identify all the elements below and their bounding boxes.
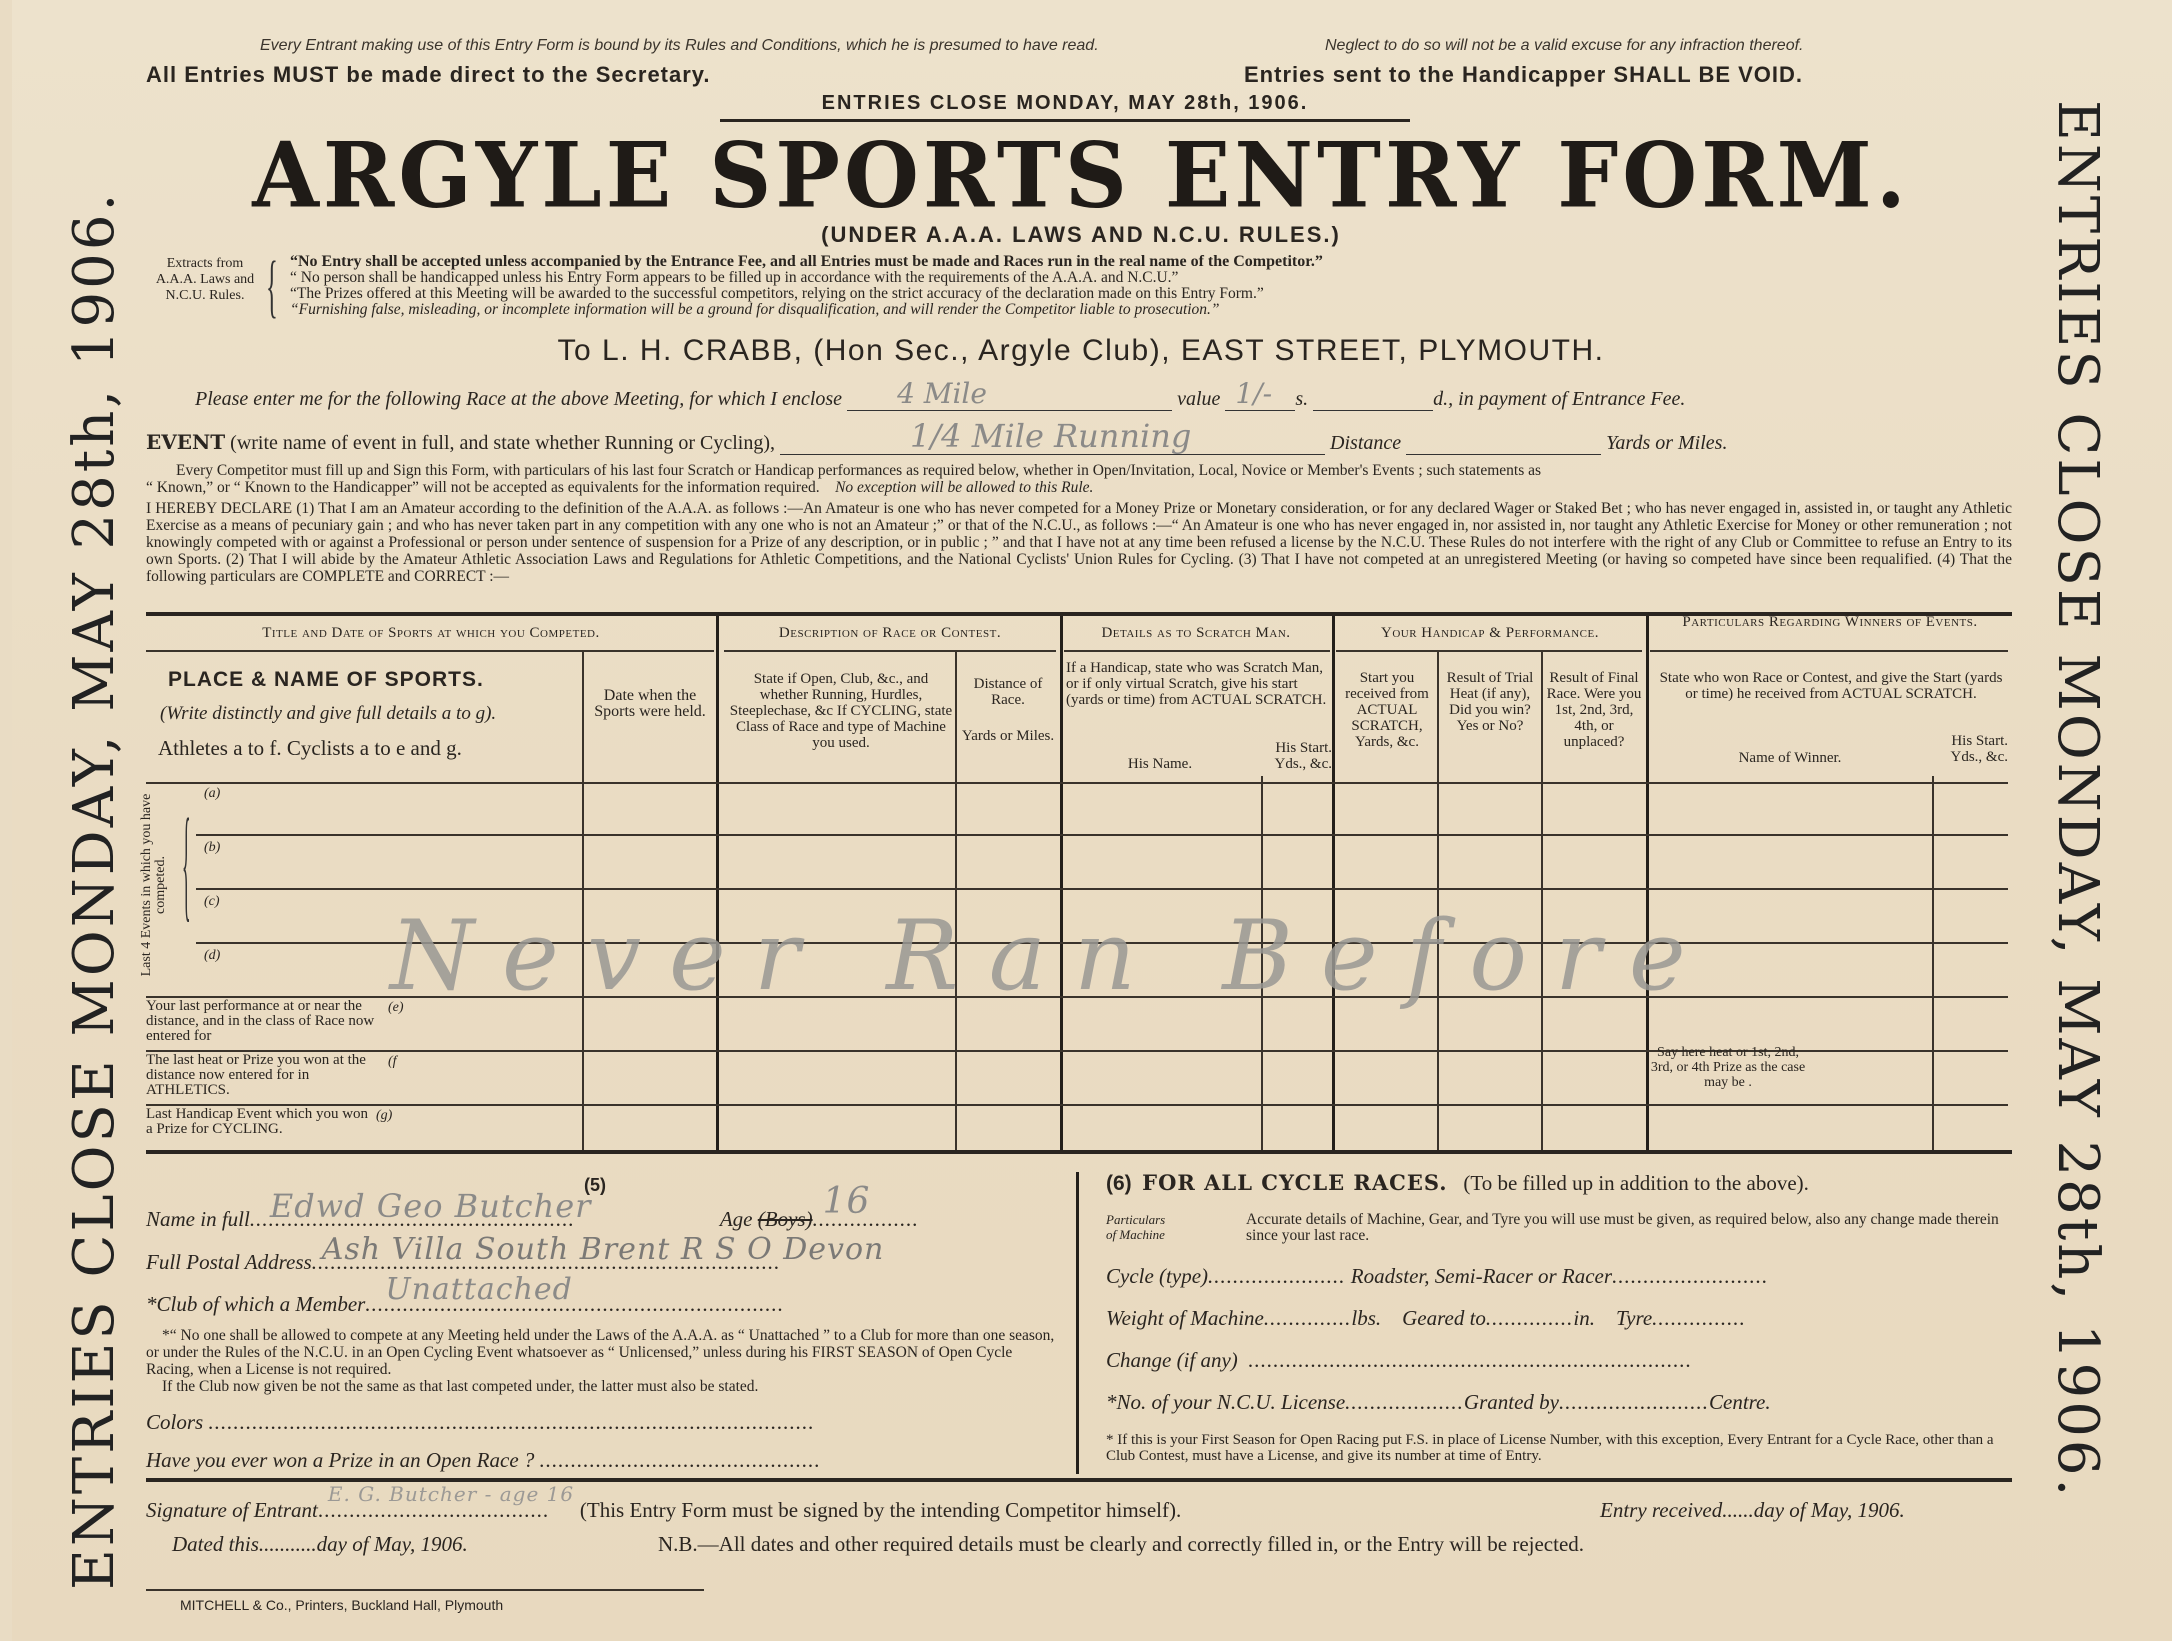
rule-text-2-row: “ Known,” or “ Known to the Handicapper”… [146, 479, 1093, 496]
shillings-label: s. [1295, 388, 1308, 410]
divider [146, 650, 714, 652]
prize-row: Have you ever won a Prize in an Open Rac… [146, 1448, 821, 1473]
row-divider [196, 834, 2008, 836]
col-divider [1332, 616, 1335, 1150]
weight-label: Weight of Machine [1106, 1306, 1264, 1330]
yards-label: Yards or Miles. [1606, 432, 1727, 454]
row-divider [146, 1104, 2008, 1106]
age-struck: (Boys) [758, 1207, 813, 1231]
row-letter-d: (d) [204, 948, 220, 964]
colors-field[interactable]: ........................................… [208, 1410, 814, 1434]
row-divider [146, 782, 2008, 784]
dated-this: Dated this...........day of May, 1906. [172, 1532, 468, 1557]
table-bottom-rule [146, 1150, 2012, 1154]
club-footnote: *“ No one shall be allowed to compete at… [146, 1327, 1056, 1378]
extract-line: “The Prizes offered at this Meeting will… [290, 286, 1323, 302]
page-subtitle: (UNDER A.A.A. LAWS AND N.C.U. RULES.) [146, 222, 2016, 248]
granted-label: Granted by [1464, 1390, 1559, 1414]
value-label: value [1177, 388, 1220, 410]
bold-notice-left: All Entries MUST be made direct to the S… [146, 62, 711, 88]
distance-field[interactable] [1406, 435, 1601, 455]
granted-field[interactable]: ........................ [1559, 1390, 1709, 1414]
age-label: Age [720, 1207, 753, 1231]
club-label: *Club of which a Member [146, 1292, 365, 1316]
nb-note: N.B.—All dates and other required detail… [658, 1532, 1584, 1557]
col-distance: Distance of Race. [960, 676, 1056, 708]
row-label-f: The last heat or Prize you won at the di… [146, 1053, 376, 1098]
event-label: (write name of event in full, and state … [230, 432, 775, 454]
section-6-note: (To be filled up in addition to the abov… [1463, 1171, 1809, 1195]
col-date: Date when the Sports were held. [588, 688, 712, 720]
side-banner-right: ENTRIES CLOSE MONDAY, MAY 28th, 1906. [2020, 100, 2110, 1580]
change-label: Change (if any) [1106, 1348, 1238, 1372]
col-state: State if Open, Club, &c., and whether Ru… [728, 671, 954, 751]
change-row: Change (if any) ........................… [1106, 1348, 1692, 1373]
lbs-label: lbs. [1351, 1306, 1381, 1330]
close-date-banner: ENTRIES CLOSE MONDAY, MAY 28th, 1906. [720, 92, 1410, 122]
divider [1336, 650, 1642, 652]
col-winner-desc: State who won Race or Contest, and give … [1654, 670, 2008, 702]
divider [1064, 650, 1330, 652]
license-footnote: * If this is your First Season for Open … [1106, 1432, 2012, 1464]
extract-line: “No Entry shall be accepted unless accom… [290, 254, 1323, 270]
cycle-label: Cycle (type) [1106, 1264, 1208, 1288]
distance-label: Distance [1330, 432, 1401, 454]
group-winners: Particulars Regarding Winners of Events. [1650, 614, 2010, 630]
place-subheader: (Write distinctly and give full details … [160, 703, 496, 725]
page-title: ARGYLE SPORTS ENTRY FORM. [146, 122, 2016, 228]
age-field[interactable]: .................16 [813, 1207, 953, 1232]
row-letter-a: (a) [204, 786, 220, 802]
declaration-text: I HEREBY DECLARE (1) That I am an Amateu… [146, 500, 2012, 585]
group-scratch: Details as to Scratch Man. [1062, 625, 1330, 642]
extracts-list: “No Entry shall be accepted unless accom… [290, 254, 1323, 318]
event-row: EVENT (write name of event in full, and … [146, 430, 1727, 455]
row-divider [196, 888, 2008, 890]
license-field[interactable]: ................... [1345, 1390, 1464, 1414]
club-row: *Club of which a Member.................… [146, 1292, 965, 1317]
change-field[interactable]: ........................................… [1248, 1348, 1692, 1372]
col-divider [1060, 616, 1063, 1150]
signature-label: Signature of Entrant [146, 1498, 318, 1522]
notice-left: Every Entrant making use of this Entry F… [260, 37, 1099, 55]
row-letter-g: (g) [376, 1108, 392, 1124]
col-divider [716, 616, 719, 1150]
group-title-date: Title and Date of Sports at which you Co… [146, 625, 716, 642]
brace-icon: { [266, 252, 278, 322]
prize-note: Say here heat or 1st, 2nd, 3rd, or 4th P… [1648, 1045, 1808, 1090]
cycle-field[interactable]: ...................... [1208, 1264, 1346, 1288]
section-6-heading-row: (6) FOR ALL CYCLE RACES. (To be filled u… [1106, 1170, 1809, 1196]
printer-credit: MITCHELL & Co., Printers, Buckland Hall,… [180, 1597, 503, 1613]
section-6-heading: FOR ALL CYCLE RACES. [1142, 1170, 1447, 1195]
col-start-received: Start you received from ACTUAL SCRATCH, … [1338, 670, 1436, 750]
weight-field[interactable]: .............. [1264, 1306, 1352, 1330]
rule-text-3: No exception will be allowed to this Rul… [835, 479, 1093, 496]
prize-label: Have you ever won a Prize in an Open Rac… [146, 1448, 534, 1472]
signature-note: (This Entry Form must be signed by the i… [580, 1498, 1181, 1522]
extract-line: “Furnishing false, misleading, or incomp… [290, 302, 1323, 318]
entry-received: Entry received......day of May, 1906. [1600, 1498, 1905, 1523]
row-letter-c: (c) [204, 894, 220, 910]
divider [1650, 650, 2008, 652]
row-letter-f: (f [388, 1054, 397, 1070]
pence-label: d., in payment of Entrance Fee. [1433, 388, 1685, 410]
name-row: Name in full............................… [146, 1207, 953, 1232]
geared-field[interactable]: .............. [1486, 1306, 1574, 1330]
cycle-options: Roadster, Semi-Racer or Racer [1351, 1264, 1612, 1288]
event-field[interactable]: 1/4 Mile Running [780, 435, 1325, 455]
club-handwriting: Unattached [385, 1272, 573, 1307]
club-footnote-2: If the Club now given be not the same as… [162, 1378, 758, 1395]
col-final-race: Result of Final Race. Were you 1st, 2nd,… [1544, 670, 1644, 750]
weight-row: Weight of Machine..............lbs. Gear… [1106, 1306, 1746, 1331]
extract-line: “ No person shall be handicapped unless … [290, 270, 1323, 286]
geared-label: Geared to [1402, 1306, 1486, 1330]
event-handwriting: 1/4 Mile Running [910, 417, 1191, 455]
printer-rule [146, 1589, 704, 1591]
club-field[interactable]: ........................................… [365, 1292, 965, 1317]
signature-field[interactable]: .....................................E. … [318, 1498, 580, 1523]
enclose-handwriting: 4 Mile [897, 377, 987, 410]
tyre-field[interactable]: ............... [1652, 1306, 1746, 1330]
particulars-label: Particulars of Machine [1106, 1212, 1166, 1242]
row-label-e: Your last performance at or near the dis… [146, 999, 376, 1044]
age-handwriting: 16 [823, 1181, 871, 1222]
license-row: *No. of your N.C.U. License.............… [1106, 1390, 1771, 1415]
event-label-bold: EVENT [146, 430, 225, 454]
section-6-number: (6) [1106, 1172, 1132, 1195]
address-line: To L. H. CRABB, (Hon Sec., Argyle Club),… [146, 334, 2016, 368]
group-description: Description of Race or Contest. [720, 625, 1060, 642]
address-handwriting: Ash Villa South Brent R S O Devon [322, 1232, 885, 1267]
signature-handwriting: E. G. Butcher - age 16 [328, 1482, 574, 1506]
col-scratch-desc: If a Handicap, state who was Scratch Man… [1066, 660, 1330, 708]
brace-icon: { [182, 800, 191, 926]
col-his-start: His Start. Yds., &c. [1258, 740, 1332, 772]
prize-field[interactable]: ........................................… [540, 1448, 821, 1472]
in-label: in. [1573, 1306, 1595, 1330]
value-field[interactable]: 1/- [1225, 391, 1295, 411]
name-handwriting: Edwd Geo Butcher [270, 1187, 592, 1225]
row-label-g: Last Handicap Event which you won a Priz… [146, 1107, 376, 1137]
col-his-name: His Name. [1100, 756, 1220, 772]
col-divider [1932, 776, 1934, 1150]
last-4-events-label: Last 4 Events in which you have competed… [140, 785, 168, 985]
enclose-field[interactable]: 4 Mile [847, 391, 1172, 411]
cycle-row: Cycle (type)...................... Roads… [1106, 1264, 1768, 1289]
group-handicap: Your Handicap & Performance. [1334, 625, 1646, 642]
colors-row: Colors .................................… [146, 1410, 815, 1435]
section-divider [1076, 1172, 1079, 1474]
tyre-label: Tyre [1616, 1306, 1652, 1330]
table-handwriting: Never Ran Before [390, 900, 1714, 1012]
rule-text-1: Every Competitor must fill up and Sign t… [176, 462, 2016, 479]
col-distance-unit: Yards or Miles. [960, 728, 1056, 744]
col-winner-start: His Start. Yds., &c. [1920, 733, 2008, 765]
enclose-label: Please enter me for the following Race a… [195, 388, 842, 410]
divider [724, 650, 1056, 652]
extracts-label: Extracts from A.A.A. Laws and N.C.U. Rul… [146, 256, 264, 304]
value-handwriting: 1/- [1235, 377, 1272, 410]
place-header: PLACE & NAME OF SPORTS. [168, 668, 484, 692]
enclose-row: Please enter me for the following Race a… [195, 388, 1685, 411]
notice-right: Neglect to do so will not be a valid exc… [1325, 37, 1803, 55]
place-subheader-2: Athletes a to f. Cyclists a to e and g. [158, 736, 462, 761]
col-winner-name: Name of Winner. [1700, 750, 1880, 766]
pence-field[interactable] [1313, 391, 1433, 411]
rule-text-2: “ Known,” or “ Known to the Handicapper”… [146, 479, 820, 496]
signature-row: Signature of Entrant....................… [146, 1498, 1181, 1523]
license-label: *No. of your N.C.U. License [1106, 1390, 1345, 1414]
centre-label: Centre. [1709, 1390, 1771, 1414]
name-label: Name in full [146, 1207, 250, 1231]
address-label: Full Postal Address [146, 1250, 312, 1274]
name-field[interactable]: ........................................… [250, 1207, 720, 1232]
bold-notice-right: Entries sent to the Handicapper SHALL BE… [1244, 62, 1803, 88]
col-trial-heat: Result of Trial Heat (if any), Did you w… [1440, 670, 1540, 734]
colors-label: Colors [146, 1410, 203, 1434]
row-letter-b: (b) [204, 840, 220, 856]
particulars-text: Accurate details of Machine, Gear, and T… [1246, 1212, 2012, 1244]
